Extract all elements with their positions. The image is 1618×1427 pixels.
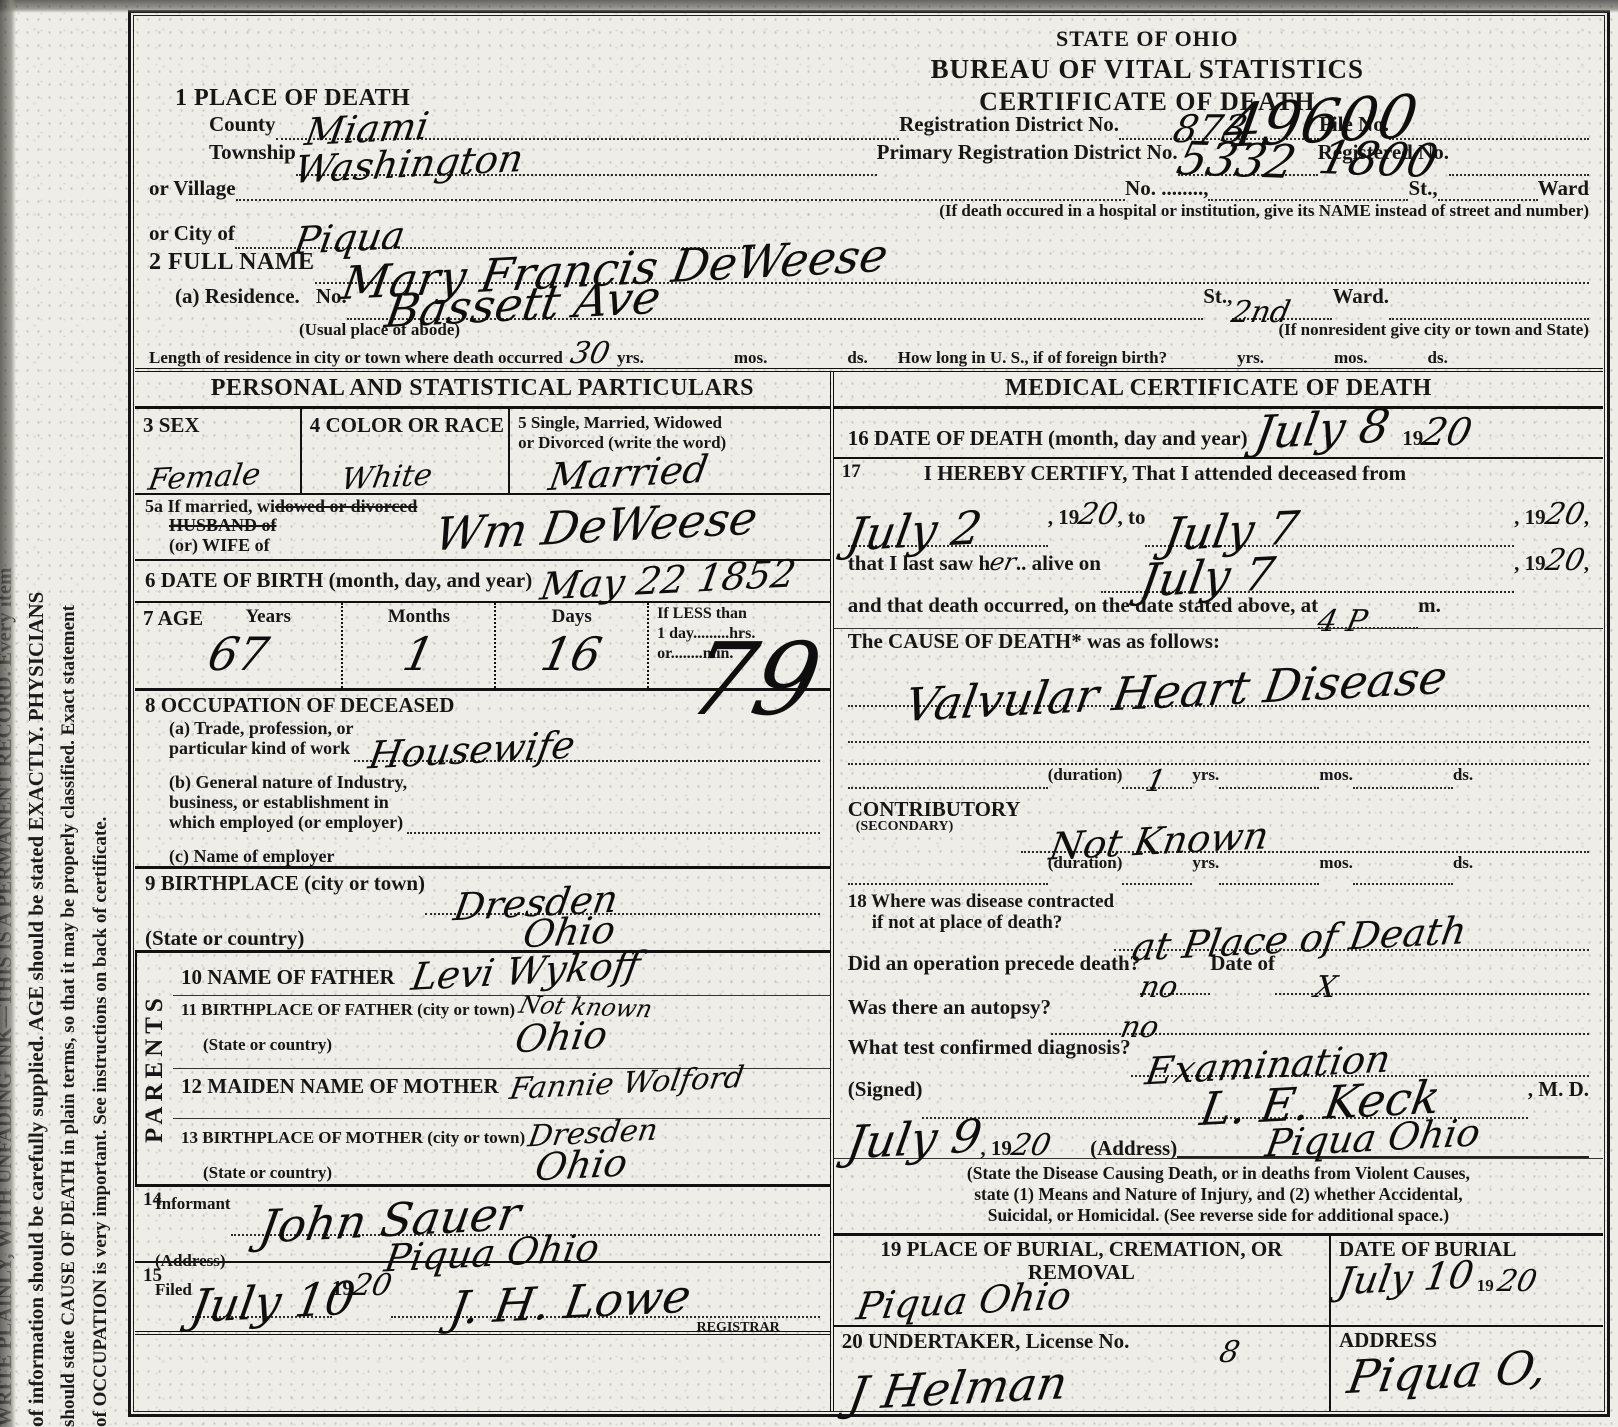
note-line3: Suicidal, or Homicidal. (See reverse sid… bbox=[844, 1205, 1593, 1226]
age-days-number: 16 bbox=[538, 634, 605, 675]
full-name-label: 2 FULL NAME bbox=[149, 249, 315, 276]
mother-name-label: 12 MAIDEN NAME OF MOTHER bbox=[181, 1074, 499, 1098]
operation-row: Did an operation precede death? no Date … bbox=[834, 951, 1603, 995]
abode-note: (Usual place of abode) bbox=[299, 320, 460, 340]
primary-registration-label: Primary Registration District No. bbox=[877, 140, 1178, 165]
mother-state-value: Ohio bbox=[533, 1145, 630, 1184]
age-years-number: 67 bbox=[205, 634, 272, 675]
length-years-value: 30 bbox=[568, 340, 612, 367]
certificate-body: STATE OF OHIO BUREAU OF VITAL STATISTICS… bbox=[135, 17, 1603, 1410]
cause-of-death-label: The CAUSE OF DEATH* was as follows: bbox=[848, 629, 1220, 654]
spouse-label-line3: (or) WIFE of bbox=[169, 536, 417, 556]
burial-date-value: July 10 bbox=[1336, 1257, 1477, 1298]
scan-margin: WRITE PLAINLY, WITH UNFADING INK—THIS IS… bbox=[0, 0, 128, 1427]
date-of-death-label: 16 DATE OF DEATH (month, day and year) bbox=[848, 426, 1248, 451]
personal-particulars-column: PERSONAL AND STATISTICAL PARTICULARS 3 S… bbox=[135, 372, 834, 1411]
registrar-signature: J. H. Lowe bbox=[447, 1276, 694, 1330]
burial-place-label1: 19 PLACE OF BURIAL, CREMATION, OR bbox=[842, 1238, 1321, 1261]
disease-contracted-labels: 18 Where was disease contracted if not a… bbox=[848, 891, 1114, 951]
signature-address-blank: Piqua Ohio bbox=[1177, 1121, 1589, 1158]
to-label: , to bbox=[1117, 505, 1145, 530]
last-saw-line: that I last saw h er .. alive on July 7 … bbox=[834, 547, 1603, 593]
medical-certificate-header: MEDICAL CERTIFICATE OF DEATH bbox=[834, 372, 1603, 409]
disease-contracted-label2: if not at place of death? bbox=[872, 912, 1114, 934]
sex-value: Female bbox=[146, 461, 262, 494]
foreign-birth-label: How long in U. S., if of foreign birth? bbox=[898, 348, 1167, 368]
from-19: , 19 bbox=[1048, 505, 1080, 530]
last-saw-er: er bbox=[988, 552, 1018, 574]
test-blank: Examination bbox=[1131, 1035, 1589, 1077]
cduration-mos-blank bbox=[1219, 853, 1319, 885]
foreign-ds-label: ds. bbox=[1428, 348, 1448, 368]
test-label: What test confirmed diagnosis? bbox=[848, 1035, 1131, 1060]
date-of-death-year: 20 bbox=[1420, 415, 1476, 449]
cduration-ds-blank bbox=[1353, 853, 1453, 885]
age-years-value: 67 bbox=[135, 634, 341, 675]
violent-causes-note: (State the Disease Causing Death, or in … bbox=[834, 1159, 1603, 1233]
contributory-labels: CONTRIBUTORY (SECONDARY) bbox=[848, 799, 1021, 853]
residence-ward-blank: 2nd bbox=[1232, 284, 1332, 319]
signed-label: (Signed) bbox=[848, 1077, 923, 1102]
village-label: or Village bbox=[149, 176, 236, 201]
race-value: White bbox=[339, 461, 434, 493]
marital-label-line1: 5 Single, Married, Widowed bbox=[518, 413, 822, 433]
duration-yrs-blank: 1 bbox=[1122, 765, 1192, 789]
parents-vertical-label: PARENTS bbox=[135, 953, 173, 1184]
spouse-label-line1: 5a If married, widowed or divorced bbox=[145, 497, 417, 517]
undertaker-cell: 20 UNDERTAKER, License No. 8 J Helman bbox=[834, 1327, 1331, 1411]
signature-date-value: July 9 bbox=[844, 1115, 985, 1163]
mother-name-row: 12 MAIDEN NAME OF MOTHER Fannie Wolford bbox=[173, 1069, 830, 1119]
foreign-mos-label: mos. bbox=[1334, 348, 1368, 368]
cause-blank3 bbox=[848, 743, 1589, 765]
occupation-code-value: 79 bbox=[681, 635, 827, 725]
age-days-value: 16 bbox=[496, 634, 647, 675]
residence-tail-blank bbox=[1389, 284, 1589, 319]
autopsy-row: Was there an autopsy? no bbox=[834, 995, 1603, 1035]
scan-edge-top bbox=[0, 0, 1618, 13]
scan-edge-left bbox=[0, 0, 16, 1427]
burial-19: 19 bbox=[1477, 1276, 1494, 1295]
note-line2: state (1) Means and Nature of Injury, an… bbox=[844, 1184, 1593, 1205]
duration-ds-blank bbox=[1353, 765, 1453, 789]
cause-of-death-block: The CAUSE OF DEATH* was as follows: Valv… bbox=[834, 629, 1603, 789]
birthplace-city-line: 9 BIRTHPLACE (city or town) Dresden bbox=[145, 871, 820, 915]
parents-section: PARENTS 10 NAME OF FATHER Levi Wykoff 11… bbox=[135, 953, 830, 1187]
margin-note-line2: of information should be carefully suppl… bbox=[24, 0, 49, 1427]
village-ward-label: Ward bbox=[1538, 176, 1589, 201]
date-of-operation-blank: X bbox=[1275, 951, 1589, 995]
burial-year: 20 bbox=[1495, 1268, 1539, 1295]
father-birthplace-row: 11 BIRTHPLACE OF FATHER (city or town) N… bbox=[173, 996, 830, 1068]
to-date-blank: July 7 bbox=[1145, 501, 1514, 547]
parents-rows: 10 NAME OF FATHER Levi Wykoff 11 BIRTHPL… bbox=[173, 953, 830, 1184]
personal-particulars-header: PERSONAL AND STATISTICAL PARTICULARS bbox=[135, 372, 830, 409]
residence-ward-label: Ward. bbox=[1332, 284, 1389, 309]
last-saw-text2: .. alive on bbox=[1016, 551, 1101, 576]
occupation-a-label1: (a) Trade, profession, or bbox=[169, 718, 354, 738]
spouse-row: 5a If married, widowed or divorced HUSBA… bbox=[135, 495, 830, 561]
autopsy-label: Was there an autopsy? bbox=[848, 995, 1051, 1020]
dob-value: May 22 1852 bbox=[538, 557, 798, 604]
signature-address-value: Piqua Ohio bbox=[1263, 1115, 1482, 1160]
disease-contracted-row: 18 Where was disease contracted if not a… bbox=[834, 885, 1603, 951]
race-label: 4 COLOR OR RACE bbox=[310, 413, 504, 437]
burial-place-value: Piqua Ohio bbox=[854, 1278, 1073, 1323]
mother-birthplace-row: 13 BIRTHPLACE OF MOTHER (city or town) D… bbox=[173, 1119, 830, 1184]
last-saw-text1: that I last saw h bbox=[848, 551, 990, 576]
burial-row: 19 PLACE OF BURIAL, CREMATION, OR REMOVA… bbox=[834, 1233, 1603, 1325]
contributory-duration-line: (duration) yrs. mos. ds. bbox=[834, 853, 1603, 885]
mother-birthplace-label: 13 BIRTHPLACE OF MOTHER (city or town) bbox=[181, 1128, 525, 1147]
hospital-note: (If death occured in a hospital or insti… bbox=[939, 201, 1589, 221]
residence-label: (a) Residence. bbox=[175, 284, 300, 309]
filed-line: Filed July 10 19 20 J. H. Lowe bbox=[145, 1272, 820, 1318]
margin-note-line4: of OCCUPATION is very important. See ins… bbox=[90, 0, 112, 1427]
residence-st-label: St., bbox=[1203, 284, 1232, 309]
certificate-frame: STATE OF OHIO BUREAU OF VITAL STATISTICS… bbox=[128, 10, 1610, 1417]
duration-mos-label: mos. bbox=[1319, 765, 1353, 785]
registrar-label: REGISTRAR bbox=[697, 1320, 780, 1335]
spouse-label-plain1: 5a If married, wi bbox=[145, 496, 275, 516]
informant-row: 14 Informant John Sauer (Address) Piqua … bbox=[135, 1187, 830, 1263]
contributory-row: CONTRIBUTORY (SECONDARY) Not Known bbox=[834, 789, 1603, 853]
disease-contracted-label1: 18 Where was disease contracted bbox=[848, 891, 1114, 913]
header-state: STATE OF OHIO bbox=[722, 25, 1573, 53]
birthplace-city-blank: Dresden bbox=[425, 871, 820, 915]
filed-year-value: 20 bbox=[350, 1272, 394, 1299]
date-of-death-row: 16 DATE OF DEATH (month, day and year) J… bbox=[834, 409, 1603, 459]
burial-place-cell: 19 PLACE OF BURIAL, CREMATION, OR REMOVA… bbox=[834, 1236, 1331, 1325]
birthplace-label: 9 BIRTHPLACE (city or town) bbox=[145, 871, 425, 896]
informant-line: Informant John Sauer bbox=[145, 1194, 820, 1236]
marital-cell: 5 Single, Married, Widowed or Divorced (… bbox=[510, 409, 830, 493]
duration-mos-blank bbox=[1219, 765, 1319, 789]
sex-label: 3 SEX bbox=[143, 413, 200, 437]
father-name-row: 10 NAME OF FATHER Levi Wykoff bbox=[173, 953, 830, 997]
death-occurred-text: and that death occurred, on the date sta… bbox=[848, 593, 1318, 618]
occupation-b-label3: which employed (or employer) bbox=[169, 812, 407, 832]
residence-row: (a) Residence. No. Bassett Ave St., 2nd … bbox=[135, 284, 1603, 319]
certify-line: I HEREBY CERTIFY, That I attended deceas… bbox=[834, 461, 1603, 501]
attended-from-line: July 2 , 19 20 , to July 7 , 19 20 , bbox=[834, 501, 1603, 547]
spouse-label-struck1: dowed or divorced bbox=[275, 496, 417, 516]
birthplace-row: 9 BIRTHPLACE (city or town) Dresden (Sta… bbox=[135, 869, 830, 953]
header-bureau: BUREAU OF VITAL STATISTICS bbox=[722, 53, 1573, 87]
birthplace-state-label: (State or country) bbox=[145, 926, 304, 951]
father-birthplace-line: 11 BIRTHPLACE OF FATHER (city or town) N… bbox=[181, 997, 822, 1020]
father-state-value: Ohio bbox=[513, 1018, 610, 1057]
item-14-number: 14 bbox=[143, 1189, 162, 1211]
duration-yrs-label: yrs. bbox=[1192, 765, 1219, 785]
township-blank: Washington bbox=[296, 140, 877, 175]
undertaker-row: 20 UNDERTAKER, License No. 8 J Helman AD… bbox=[834, 1325, 1603, 1411]
spouse-label-struck2: HUSBAND of bbox=[169, 516, 417, 536]
filed-date-value: July 10 bbox=[188, 1278, 358, 1328]
full-name-row: 2 FULL NAME Mary Francis DeWeese bbox=[135, 249, 1603, 284]
operation-label: Did an operation precede death? bbox=[848, 951, 1140, 976]
father-name-label: 10 NAME OF FATHER bbox=[181, 965, 395, 989]
last-saw-date-blank: July 7 bbox=[1101, 547, 1514, 593]
city-label: or City of bbox=[149, 221, 235, 246]
village-blank bbox=[236, 176, 1126, 201]
father-name-value: Levi Wykoff bbox=[409, 948, 643, 994]
cause-blank2 bbox=[848, 707, 1589, 743]
contributory-label: CONTRIBUTORY bbox=[848, 799, 1021, 820]
filed-row: 15 Filed July 10 19 20 J. H. Lowe REGIST… bbox=[135, 1263, 830, 1335]
mother-name-value: Fannie Wolford bbox=[507, 1064, 745, 1103]
left-column-blank bbox=[135, 1335, 830, 1411]
margin-note-line3: should state CAUSE OF DEATH in plain ter… bbox=[58, 0, 80, 1427]
cause-duration-line: (duration) 1 yrs. mos. ds. bbox=[834, 765, 1603, 789]
nonresident-note: (If nonresident give city or town and St… bbox=[1278, 320, 1589, 340]
duration-lead-blank bbox=[848, 765, 1048, 789]
undertaker-label: 20 UNDERTAKER, License No. bbox=[842, 1329, 1130, 1353]
spouse-value-area: Wm DeWeese bbox=[417, 497, 819, 557]
township-label: Township bbox=[209, 140, 296, 165]
registered-number-value: 1800 bbox=[1315, 137, 1441, 182]
death-time-blank: 4 P bbox=[1318, 593, 1418, 629]
disease-contracted-blank: at Place of Death bbox=[1114, 899, 1589, 951]
autopsy-blank: no bbox=[1051, 995, 1589, 1035]
signature-address-label: (Address) bbox=[1090, 1136, 1177, 1161]
age-months-value: 1 bbox=[343, 634, 494, 675]
md-label: , M. D. bbox=[1528, 1077, 1589, 1102]
item-15-number: 15 bbox=[143, 1265, 162, 1287]
signature-date-row: July 9 , 19 20 (Address) Piqua Ohio bbox=[834, 1119, 1603, 1159]
county-label: County bbox=[209, 112, 276, 137]
informant-label: Informant bbox=[155, 1194, 231, 1214]
occupation-b-blank bbox=[407, 772, 820, 834]
note-line1: (State the Disease Causing Death, or in … bbox=[844, 1163, 1593, 1184]
duration-ds-label: ds. bbox=[1453, 765, 1473, 785]
filed-date-blank: July 10 bbox=[192, 1272, 332, 1318]
signature-19: , 19 bbox=[980, 1136, 1012, 1161]
occupation-b-row: (b) General nature of Industry, business… bbox=[145, 772, 820, 834]
age-label: 7 AGE bbox=[143, 606, 203, 631]
age-months-header: Months bbox=[343, 606, 494, 628]
undertaker-address-cell: ADDRESS Piqua O, bbox=[1331, 1327, 1603, 1411]
medical-certificate-column: MEDICAL CERTIFICATE OF DEATH 16 DATE OF … bbox=[834, 372, 1603, 1411]
cduration-ds-label: ds. bbox=[1453, 853, 1473, 873]
cduration-yrs-label: yrs. bbox=[1192, 853, 1219, 873]
occupation-b-labels: (b) General nature of Industry, business… bbox=[169, 772, 407, 832]
foreign-yrs-label: yrs. bbox=[1237, 348, 1264, 368]
cause-empty-line1 bbox=[834, 707, 1603, 743]
mother-state-line: (State or country) Ohio bbox=[181, 1148, 822, 1183]
father-state-label: (State or country) bbox=[203, 1035, 332, 1054]
burial-date-cell: DATE OF BURIAL July 10 19 20 bbox=[1331, 1236, 1603, 1325]
age-months-number: 1 bbox=[400, 634, 438, 675]
last-saw-year: 20 bbox=[1543, 547, 1587, 574]
to-19: , 19 bbox=[1514, 505, 1546, 530]
occupation-b-label2: business, or establishment in bbox=[169, 792, 407, 812]
from-year: 20 bbox=[1076, 501, 1120, 528]
operation-blank: no bbox=[1140, 951, 1210, 995]
date-of-birth-row: 6 DATE OF BIRTH (month, day, and year) M… bbox=[135, 561, 830, 603]
death-occurred-m: m. bbox=[1418, 593, 1441, 618]
sex-race-marital-row: 3 SEX Female 4 COLOR OR RACE White 5 Sin… bbox=[135, 409, 830, 495]
cause-empty-line2 bbox=[834, 743, 1603, 765]
cause-value-line: Valvular Heart Disease bbox=[834, 661, 1603, 707]
date-of-death-value: July 8 bbox=[1252, 405, 1393, 453]
cduration-lead-blank bbox=[848, 853, 1048, 885]
undertaker-value: J Helman bbox=[845, 1362, 1070, 1415]
last-saw-19: , 19 bbox=[1514, 551, 1546, 576]
age-days-header: Days bbox=[496, 606, 647, 628]
date-of-operation-label: Date of bbox=[1210, 951, 1275, 976]
document-header: STATE OF OHIO BUREAU OF VITAL STATISTICS… bbox=[722, 25, 1573, 119]
occupation-a-label2: particular kind of work bbox=[169, 738, 354, 758]
certify-text: I HEREBY CERTIFY, That I attended deceas… bbox=[924, 461, 1406, 486]
occupation-c-label: (c) Name of employer bbox=[169, 846, 820, 866]
certification-block: 17 I HEREBY CERTIFY, That I attended dec… bbox=[834, 459, 1603, 629]
cduration-label: (duration) bbox=[1048, 853, 1123, 873]
duration-label: (duration) bbox=[1048, 765, 1123, 785]
age-years-header: Years bbox=[195, 606, 341, 628]
length-label: Length of residence in city or town wher… bbox=[149, 348, 563, 368]
header-certificate-title: CERTIFICATE OF DEATH bbox=[722, 86, 1573, 119]
village-ward-blank bbox=[1438, 176, 1538, 201]
dob-label: 6 DATE OF BIRTH (month, day, and year) bbox=[145, 568, 532, 593]
marital-value: Married bbox=[547, 452, 711, 494]
undertaker-address-value: Piqua O, bbox=[1345, 1347, 1550, 1399]
father-birthplace-label: 11 BIRTHPLACE OF FATHER (city or town) bbox=[181, 1000, 515, 1019]
occupation-a-value: Housewife bbox=[366, 728, 577, 773]
registered-no-blank bbox=[1449, 140, 1589, 175]
residence-notes-row: (Usual place of abode) (If nonresident g… bbox=[135, 320, 1603, 340]
cause-blank1: Valvular Heart Disease bbox=[848, 661, 1589, 707]
test-row: What test confirmed diagnosis? Examinati… bbox=[834, 1035, 1603, 1077]
length-yrs-label: yrs. bbox=[617, 348, 644, 368]
residence-street-blank: Bassett Ave bbox=[347, 284, 1203, 319]
spouse-labels: 5a If married, widowed or divorced HUSBA… bbox=[145, 497, 417, 557]
village-no-label: No. ........, bbox=[1125, 176, 1208, 201]
cause-label-line: The CAUSE OF DEATH* was as follows: bbox=[834, 629, 1603, 661]
length-ds-label: ds. bbox=[847, 348, 867, 368]
less-line1: If LESS than bbox=[657, 605, 830, 623]
residence-no-label: No. bbox=[316, 284, 347, 309]
length-of-residence-row: Length of residence in city or town wher… bbox=[135, 340, 1603, 368]
signature-year: 20 bbox=[1009, 1132, 1053, 1159]
length-mos-label: mos. bbox=[734, 348, 768, 368]
sex-cell: 3 SEX Female bbox=[135, 409, 302, 493]
mother-state-label: (State or country) bbox=[203, 1163, 332, 1182]
birthplace-state-spacer: Ohio bbox=[304, 915, 819, 950]
columns: PERSONAL AND STATISTICAL PARTICULARS 3 S… bbox=[135, 368, 1603, 1411]
race-cell: 4 COLOR OR RACE White bbox=[302, 409, 510, 493]
occupation-a-labels: (a) Trade, profession, or particular kin… bbox=[169, 718, 354, 758]
age-days-cell: Days 16 bbox=[496, 603, 649, 688]
age-months-cell: Months 1 bbox=[343, 603, 496, 688]
cduration-mos-label: mos. bbox=[1319, 853, 1353, 873]
secondary-label: (SECONDARY) bbox=[856, 820, 1021, 834]
age-years-cell: 7 AGE Years 67 bbox=[135, 603, 343, 688]
informant-address-line: (Address) Piqua Ohio bbox=[145, 1236, 820, 1262]
mother-birthplace-line: 13 BIRTHPLACE OF MOTHER (city or town) D… bbox=[181, 1120, 822, 1148]
registrar-signature-blank: J. H. Lowe bbox=[391, 1272, 820, 1318]
cduration-yrs-blank bbox=[1122, 853, 1192, 885]
death-occurred-line: and that death occurred, on the date sta… bbox=[834, 593, 1603, 629]
father-state-line: (State or country) Ohio bbox=[181, 1020, 822, 1055]
burial-place-label2: REMOVAL bbox=[842, 1261, 1321, 1284]
to-year: 20 bbox=[1543, 501, 1587, 528]
from-date-blank: July 2 bbox=[848, 501, 1048, 547]
spouse-value: Wm DeWeese bbox=[432, 498, 760, 556]
contributory-blank: Not Known bbox=[1021, 809, 1589, 853]
